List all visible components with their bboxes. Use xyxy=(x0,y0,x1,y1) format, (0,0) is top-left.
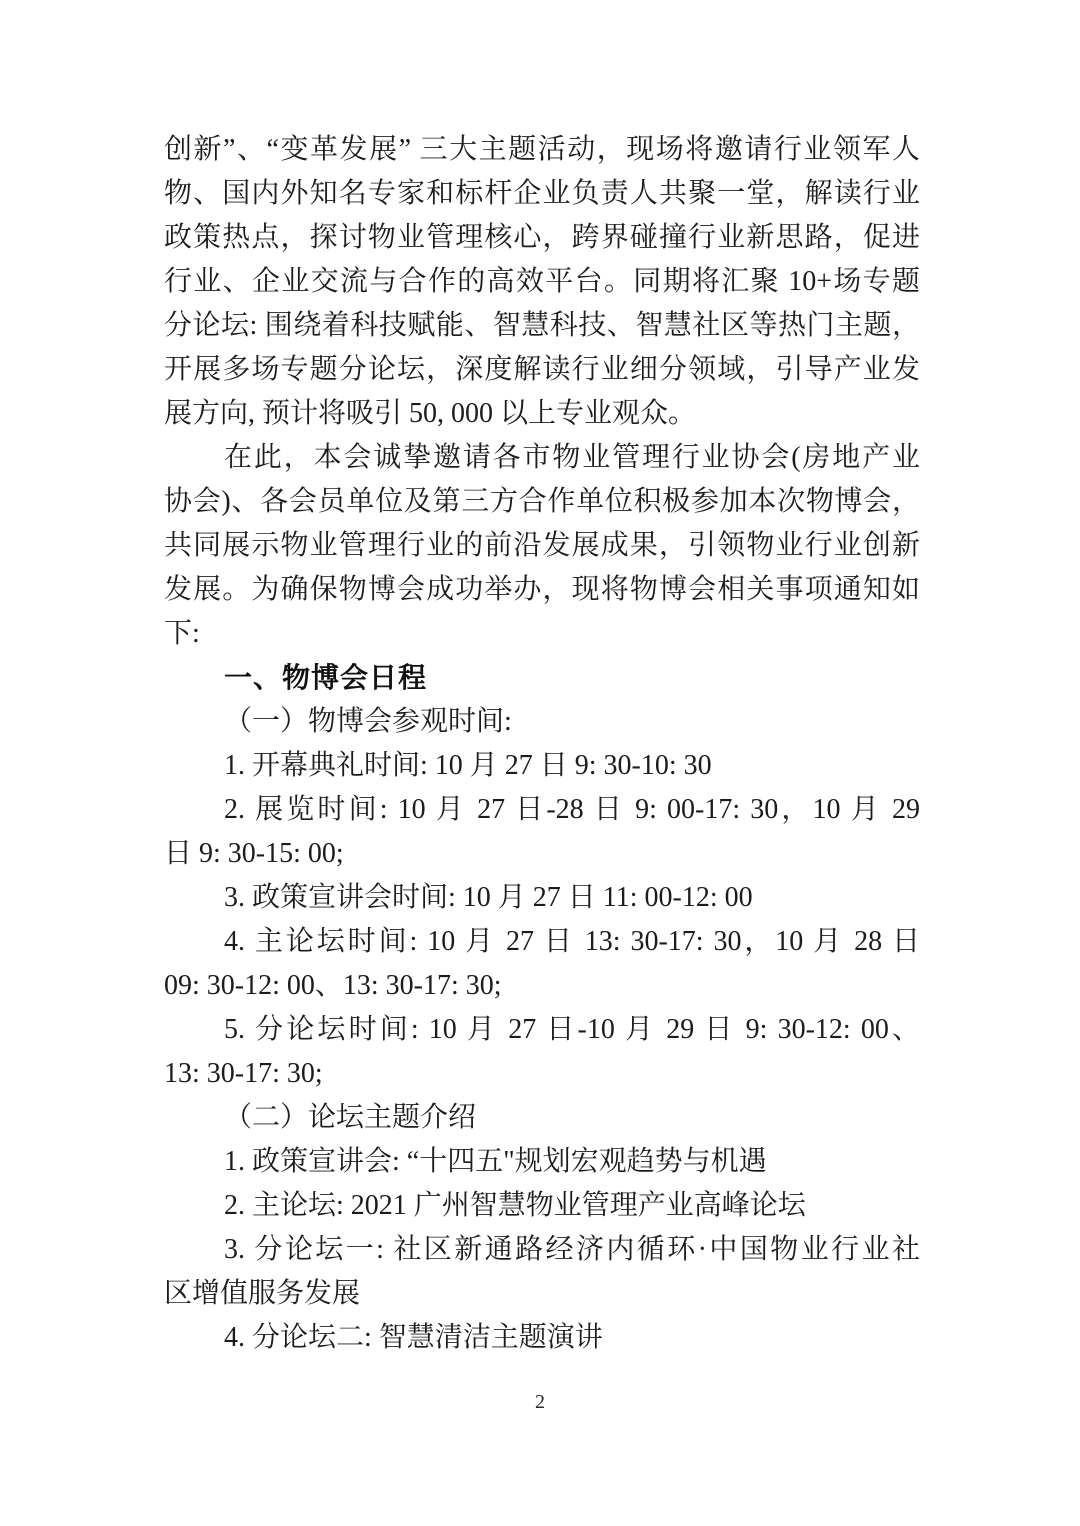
text-line: 4. 主论坛时间: 10 月 27 日 13: 30-17: 30，10 月 2… xyxy=(164,920,920,964)
text-line: 1. 开幕典礼时间: 10 月 27 日 9: 30-10: 30 xyxy=(164,744,920,788)
text-line: 政策热点，探讨物业管理核心，跨界碰撞行业新思路，促进 xyxy=(164,216,920,260)
text-line: 1. 政策宣讲会: “十四五"规划宏观趋势与机遇 xyxy=(164,1140,920,1184)
text-line: 物、国内外知名专家和标杆企业负责人共聚一堂，解读行业 xyxy=(164,172,920,216)
text-line: 5. 分论坛时间: 10 月 27 日-10 月 29 日 9: 30-12: … xyxy=(164,1008,920,1052)
text-line: （二）论坛主题介绍 xyxy=(164,1096,920,1140)
text-line: 2. 主论坛: 2021 广州智慧物业管理产业高峰论坛 xyxy=(164,1184,920,1228)
text-line: 在此，本会诚挚邀请各市物业管理行业协会(房地产业 xyxy=(164,436,920,480)
text-line: （一）物博会参观时间: xyxy=(164,700,920,744)
text-line: 3. 分论坛一: 社区新通路经济内循环·中国物业行业社 xyxy=(164,1228,920,1272)
text-line: 日 9: 30-15: 00; xyxy=(164,832,920,876)
text-line: 行业、企业交流与合作的高效平台。同期将汇聚 10+场专题 xyxy=(164,260,920,304)
text-line: 09: 30-12: 00、13: 30-17: 30; xyxy=(164,964,920,1008)
text-line: 展方向, 预计将吸引 50, 000 以上专业观众。 xyxy=(164,392,920,436)
text-line: 区增值服务发展 xyxy=(164,1272,920,1316)
text-line: 分论坛: 围绕着科技赋能、智慧科技、智慧社区等热门主题， xyxy=(164,304,920,348)
text-line: 2. 展览时间: 10 月 27 日-28 日 9: 00-17: 30，10 … xyxy=(164,788,920,832)
text-line: 下: xyxy=(164,612,920,656)
text-line: 一、物博会日程 xyxy=(164,656,920,700)
document-page: 创新”、“变革发展” 三大主题活动，现场将邀请行业领军人物、国内外知名专家和标杆… xyxy=(0,0,1080,1526)
text-line: 创新”、“变革发展” 三大主题活动，现场将邀请行业领军人 xyxy=(164,128,920,172)
text-line: 共同展示物业管理行业的前沿发展成果，引领物业行业创新 xyxy=(164,524,920,568)
text-line: 协会)、各会员单位及第三方合作单位积极参加本次物博会， xyxy=(164,480,920,524)
text-line: 发展。为确保物博会成功举办，现将物博会相关事项通知如 xyxy=(164,568,920,612)
text-line: 开展多场专题分论坛，深度解读行业细分领域，引导产业发 xyxy=(164,348,920,392)
text-line: 3. 政策宣讲会时间: 10 月 27 日 11: 00-12: 00 xyxy=(164,876,920,920)
page-number: 2 xyxy=(0,1388,1080,1416)
text-line: 13: 30-17: 30; xyxy=(164,1052,920,1096)
text-line: 4. 分论坛二: 智慧清洁主题演讲 xyxy=(164,1316,920,1360)
